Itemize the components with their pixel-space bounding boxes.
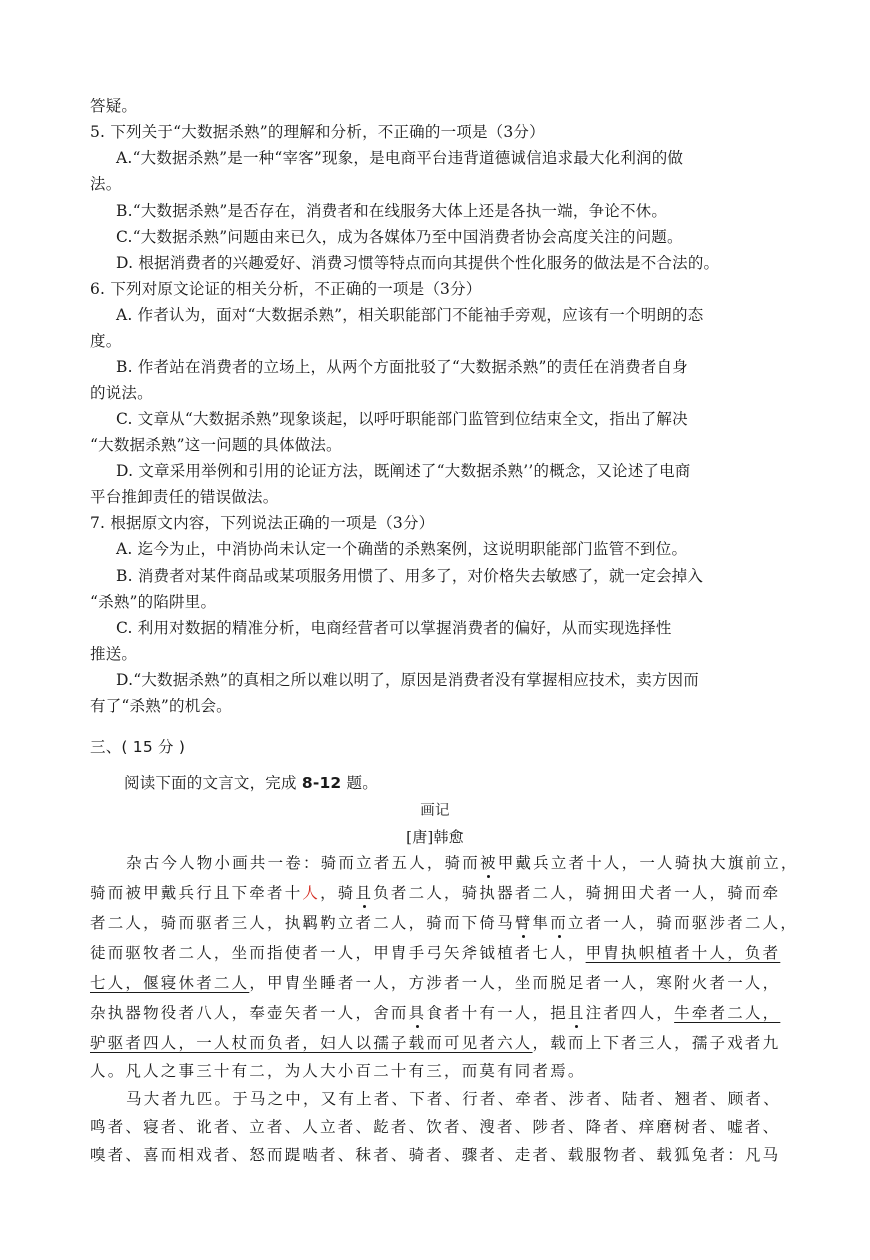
underlined-phrase: 七人，偃寝休者二人	[90, 974, 249, 992]
passage-text: 骑而被甲戴兵行且下牵者十	[90, 884, 302, 902]
question-5-option-b: B.“大数据杀熟”是否存在，消费者和在线服务大体上还是各执一端，争论不休。	[116, 201, 784, 221]
dotted-character: 臂	[515, 913, 533, 933]
passage-line: 七人，偃寝休者二人，甲胄坐睡者一人，方涉者一人，坐而脱足者一人，寒附火者一人，	[90, 973, 785, 993]
question-6-option-c: C. 文章从“大数据杀熟”现象谈起，以呼吁职能部门监管到位结束全文，指出了解决	[116, 409, 784, 429]
instruction-text: 阅读下面的文言文，完成	[124, 774, 302, 792]
underlined-phrase: 甲胄执帜植者十人，负者	[586, 944, 781, 962]
question-6-option-a: A. 作者认为，面对“大数据杀熟”，相关职能部门不能袖手旁观，应该有一个明朗的态	[116, 305, 784, 325]
dotted-character: 且	[568, 1003, 586, 1023]
passage-text: ，载而上下者三人，孺子戏者九	[533, 1034, 781, 1052]
dotted-character: 具	[409, 1003, 427, 1023]
passage-text: 杂古今人物小画共一卷：骑而立者五人，骑而	[126, 854, 480, 872]
passage-text: ，甲胄坐睡者一人，方涉者一人，坐而脱足者一人，寒附火者一人，	[249, 974, 780, 992]
passage-line: 者二人，骑而驱者三人，执羁靮立者二人，骑而下倚马臂隼而立者一人，骑而驱涉者二人，	[90, 913, 785, 933]
passage-text: 食者十有一人，挹	[426, 1004, 568, 1022]
question-6-option-c-cont: “大数据杀熟”这一问题的具体做法。	[90, 435, 785, 455]
passage-text: 立者一人，骑而驱涉者二人，	[568, 914, 798, 932]
dotted-character: 而	[550, 913, 568, 933]
question-7-option-a: A. 迄今为止，中消协尚未认定一个确凿的杀熟案例，这说明职能部门监管不到位。	[116, 539, 784, 559]
passage-line: 人。凡人之事三十有二，为人大小百二十有三，而莫有同者焉。	[90, 1061, 785, 1081]
question-7-option-d-cont: 有了“杀熟”的机会。	[90, 696, 785, 716]
question-5-stem: 5. 下列关于“大数据杀熟”的理解和分析，不正确的一项是（3分）	[90, 122, 785, 142]
exam-page: 答疑。 5. 下列关于“大数据杀熟”的理解和分析，不正确的一项是（3分） A.“…	[0, 0, 870, 1260]
passage-author: [唐]韩愈	[0, 827, 870, 847]
question-6-option-d-cont: 平台推卸责任的错误做法。	[90, 487, 785, 507]
passage-text: 负者二人，骑执器者二人，骑拥田犬者一人，骑而牵	[373, 884, 780, 902]
dotted-character: 被	[480, 853, 498, 873]
passage-text: 者二人，骑而驱者三人，执羁靮立者二人，骑而下倚马	[90, 914, 515, 932]
passage-line: 马大者九匹。于马之中，又有上者、下者、行者、牵者、涉者、陆者、翘者、顾者、	[126, 1089, 821, 1109]
underlined-phrase: 驴驱者四人，一人杖而负者，妇人以孺子载而可见者六人	[90, 1034, 533, 1052]
passage-text: 注者四人，	[586, 1004, 675, 1022]
red-marked-character: 人	[302, 884, 320, 902]
question-5-option-c: C.“大数据杀熟”问题由来已久，成为各媒体乃至中国消费者协会高度关注的问题。	[116, 227, 784, 247]
question-7-option-b-cont: “杀熟”的陷阱里。	[90, 592, 785, 612]
passage-line: 鸣者、寝者、讹者、立者、人立者、龁者、饮者、溲者、陟者、降者、痒磨树者、嘘者、	[90, 1117, 785, 1137]
passage-line: 驴驱者四人，一人杖而负者，妇人以孺子载而可见者六人，载而上下者三人，孺子戏者九	[90, 1033, 785, 1053]
section-3-heading: 三、( 15 分 )	[90, 737, 785, 757]
passage-text: 甲戴兵立者十人，一人骑执大旗前立，	[498, 854, 799, 872]
passage-line: 杂古今人物小画共一卷：骑而立者五人，骑而被甲戴兵立者十人，一人骑执大旗前立，	[126, 853, 821, 873]
text-line: 答疑。	[90, 96, 785, 116]
instruction-text-end: 题。	[341, 774, 378, 792]
question-6-option-d: D. 文章采用举例和引用的论证方法，既阐述了“大数据杀熟’’的概念，又论述了电商	[116, 461, 784, 481]
question-6-option-b: B. 作者站在消费者的立场上，从两个方面批驳了“大数据杀熟”的责任在消费者自身	[116, 357, 784, 377]
question-range: 8-12	[302, 774, 342, 792]
section-3-instruction: 阅读下面的文言文，完成 8-12 题。	[124, 773, 819, 793]
question-7-option-b: B. 消费者对某件商品或某项服务用惯了、用多了，对价格失去敏感了，就一定会掉入	[116, 566, 784, 586]
question-7-option-c-cont: 推送。	[90, 644, 785, 664]
passage-line: 骑而被甲戴兵行且下牵者十人，骑且负者二人，骑执器者二人，骑拥田犬者一人，骑而牵	[90, 883, 785, 903]
passage-text: 徒而驱牧者二人，坐而指使者一人，甲胄手弓矢斧钺植者七人，	[90, 944, 586, 962]
passage-title: 画记	[0, 801, 870, 821]
passage-line: 嗅者、喜而相戏者、怒而踶啮者、秣者、骑者、骤者、走者、载服物者、载狐兔者：凡马	[90, 1145, 785, 1165]
question-7-option-c: C. 利用对数据的精准分析，电商经营者可以掌握消费者的偏好，从而实现选择性	[116, 618, 784, 638]
passage-text: 杂执器物役者八人，奉壶矢者一人，舍而	[90, 1004, 409, 1022]
underlined-phrase: 牛牵者二人，	[674, 1004, 780, 1022]
question-7-stem: 7. 根据原文内容，下列说法正确的一项是（3分）	[90, 513, 785, 533]
question-6-option-b-cont: 的说法。	[90, 383, 785, 403]
question-7-option-d: D.“大数据杀熟”的真相之所以难以明了，原因是消费者没有掌握相应技术，卖方因而	[116, 670, 784, 690]
question-5-option-a: A.“大数据杀熟”是一种“宰客”现象，是电商平台违背道德诚信追求最大化利润的做	[116, 148, 784, 168]
passage-line: 杂执器物役者八人，奉壶矢者一人，舍而具食者十有一人，挹且注者四人，牛牵者二人，	[90, 1003, 785, 1023]
question-5-option-d: D. 根据消费者的兴趣爱好、消费习惯等特点而向其提供个性化服务的做法是不合法的。	[116, 253, 784, 273]
passage-text: 隼	[533, 914, 551, 932]
passage-text: ，骑	[320, 884, 355, 902]
question-6-option-a-cont: 度。	[90, 331, 785, 351]
question-5-option-a-cont: 法。	[90, 174, 785, 194]
dotted-character: 且	[356, 883, 374, 903]
passage-line: 徒而驱牧者二人，坐而指使者一人，甲胄手弓矢斧钺植者七人，甲胄执帜植者十人，负者	[90, 943, 785, 963]
question-6-stem: 6. 下列对原文论证的相关分析，不正确的一项是（3分）	[90, 279, 785, 299]
